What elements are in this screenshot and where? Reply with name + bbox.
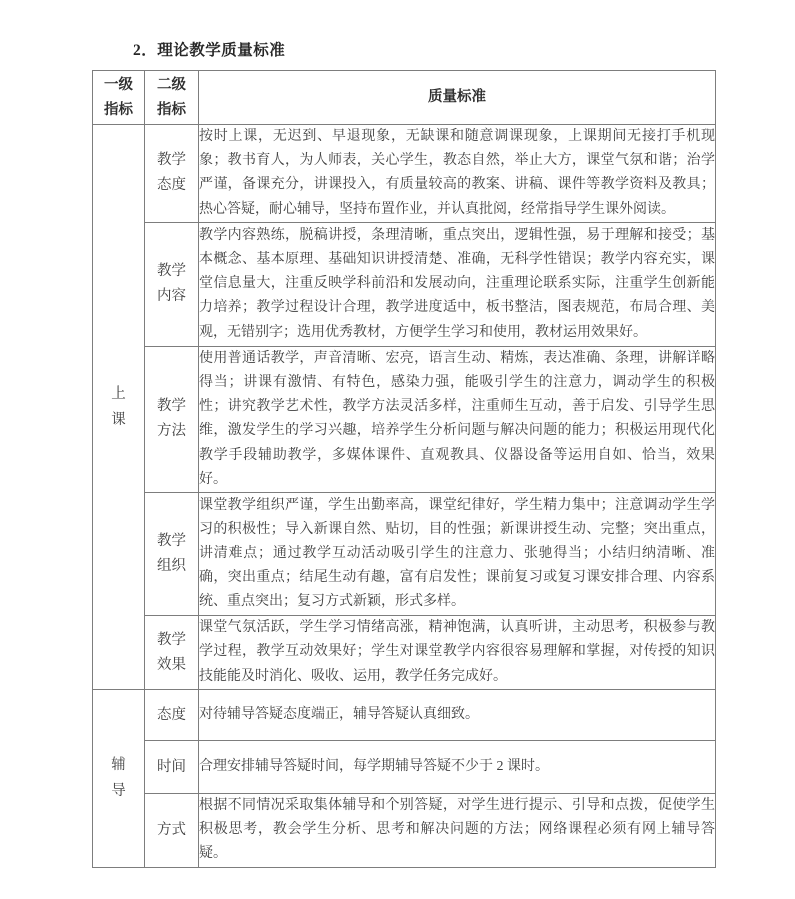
- table-row: 教学组织 课堂教学组织严谨，学生出勤率高，课堂纪律好，学生精力集中；注意调动学生…: [93, 493, 716, 616]
- standard-cell: 使用普通话教学，声音清晰、宏亮，语言生动、精炼，表达准确、条理，讲解详略得当；讲…: [199, 346, 716, 492]
- level2-cell-teaching-content: 教学内容: [145, 222, 199, 346]
- level2-label: 教学效果: [156, 628, 188, 678]
- section-title: 2．理论教学质量标准: [133, 38, 285, 60]
- level2-cell-teaching-organization: 教学组织: [145, 493, 199, 616]
- header-level2-label: 二级指标: [156, 73, 188, 123]
- level2-label: 教学组织: [156, 529, 188, 579]
- level2-cell-tutoring-mode: 方式: [145, 794, 199, 868]
- level2-label: 教学方法: [156, 394, 188, 444]
- table-row: 时间 合理安排辅导答疑时间，每学期辅导答疑不少于 2 课时。: [93, 741, 716, 794]
- standard-cell: 课堂教学组织严谨，学生出勤率高，课堂纪律好，学生精力集中；注意调动学生学习的积极…: [199, 493, 716, 616]
- level2-label: 教学态度: [156, 148, 188, 198]
- level2-label: 态度: [156, 703, 188, 728]
- level2-cell-teaching-effect: 教学效果: [145, 616, 199, 690]
- level1-cell-class-teaching: 上课: [93, 125, 145, 690]
- standard-cell: 根据不同情况采取集体辅导和个别答疑，对学生进行提示、引导和点拨，促使学生积极思考…: [199, 794, 716, 868]
- level2-cell-teaching-attitude: 教学态度: [145, 125, 199, 223]
- level2-cell-teaching-method: 教学方法: [145, 346, 199, 492]
- table-row: 教学内容 教学内容熟练，脱稿讲授，条理清晰，重点突出，逻辑性强，易于理解和接受；…: [93, 222, 716, 346]
- level1-label: 辅导: [111, 752, 127, 804]
- document-page: 2．理论教学质量标准 一级指标 二级指标 质量标准 上课 教学态度: [0, 0, 795, 899]
- table-row: 上课 教学态度 按时上课，无迟到、早退现象，无缺课和随意调课现象，上课期间无接打…: [93, 125, 716, 223]
- table-header-row: 一级指标 二级指标 质量标准: [93, 71, 716, 125]
- table-row: 教学方法 使用普通话教学，声音清晰、宏亮，语言生动、精炼，表达准确、条理，讲解详…: [93, 346, 716, 492]
- header-standard-label: 质量标准: [428, 89, 486, 105]
- header-quality-standard: 质量标准: [199, 71, 716, 125]
- level2-label: 方式: [156, 818, 188, 843]
- level2-cell-tutoring-attitude: 态度: [145, 690, 199, 741]
- table-row: 方式 根据不同情况采取集体辅导和个别答疑，对学生进行提示、引导和点拨，促使学生积…: [93, 794, 716, 868]
- header-level1-label: 一级指标: [103, 73, 135, 123]
- level1-label: 上课: [111, 381, 127, 433]
- level2-label: 教学内容: [156, 259, 188, 309]
- level2-label: 时间: [156, 755, 188, 780]
- standard-cell: 合理安排辅导答疑时间，每学期辅导答疑不少于 2 课时。: [199, 741, 716, 794]
- table-row: 辅导 态度 对待辅导答疑态度端正，辅导答疑认真细致。: [93, 690, 716, 741]
- quality-standards-table: 一级指标 二级指标 质量标准 上课 教学态度 按时上课，无迟到、早退现象，无缺课…: [92, 70, 716, 868]
- standard-cell: 教学内容熟练，脱稿讲授，条理清晰，重点突出，逻辑性强，易于理解和接受；基本概念、…: [199, 222, 716, 346]
- level1-cell-tutoring: 辅导: [93, 690, 145, 868]
- level2-cell-tutoring-time: 时间: [145, 741, 199, 794]
- standard-cell: 按时上课，无迟到、早退现象，无缺课和随意调课现象，上课期间无接打手机现象；教书育…: [199, 125, 716, 223]
- header-level1-indicator: 一级指标: [93, 71, 145, 125]
- standard-cell: 对待辅导答疑态度端正，辅导答疑认真细致。: [199, 690, 716, 741]
- standard-cell: 课堂气氛活跃，学生学习情绪高涨，精神饱满，认真听讲，主动思考，积极参与教学过程，…: [199, 616, 716, 690]
- header-level2-indicator: 二级指标: [145, 71, 199, 125]
- table-row: 教学效果 课堂气氛活跃，学生学习情绪高涨，精神饱满，认真听讲，主动思考，积极参与…: [93, 616, 716, 690]
